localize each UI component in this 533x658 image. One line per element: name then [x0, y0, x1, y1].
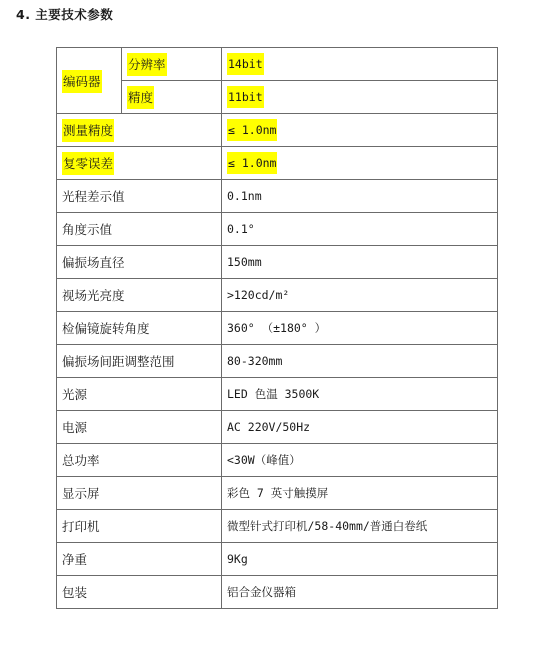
param-label-cell: 分辨率 [122, 48, 222, 81]
param-label: 偏振场间距调整范围 [57, 345, 222, 378]
table-row: 精度 11bit [57, 81, 498, 114]
param-value-cell: ≤ 1.0nm [222, 147, 498, 180]
param-label: 光程差示值 [57, 180, 222, 213]
param-label: 视场光亮度 [57, 279, 222, 312]
table-row: 视场光亮度>120cd/m² [57, 279, 498, 312]
table-row: 编码器 分辨率 14bit [57, 48, 498, 81]
param-value: 14bit [227, 53, 264, 75]
param-value: LED 色温 3500K [222, 378, 498, 411]
table-row: 测量精度 ≤ 1.0nm [57, 114, 498, 147]
param-label: 显示屏 [57, 477, 222, 510]
param-label: 净重 [57, 543, 222, 576]
param-value: 80-320mm [222, 345, 498, 378]
param-label: 偏振场直径 [57, 246, 222, 279]
table-row: 电源AC 220V/50Hz [57, 411, 498, 444]
param-value: 11bit [227, 86, 264, 108]
param-label: 光源 [57, 378, 222, 411]
table-row: 偏振场间距调整范围80-320mm [57, 345, 498, 378]
param-value: 彩色 7 英寸触摸屏 [222, 477, 498, 510]
table-row: 总功率<30W（峰值） [57, 444, 498, 477]
table-row: 打印机微型针式打印机/58-40mm/普通白卷纸 [57, 510, 498, 543]
param-value: 0.1nm [222, 180, 498, 213]
table-row: 光程差示值0.1nm [57, 180, 498, 213]
encoder-label: 编码器 [62, 70, 102, 93]
param-value: 铝合金仪器箱 [222, 576, 498, 609]
param-label: 角度示值 [57, 213, 222, 246]
param-label: 总功率 [57, 444, 222, 477]
param-value-cell: 11bit [222, 81, 498, 114]
param-value: 0.1° [222, 213, 498, 246]
param-label: 电源 [57, 411, 222, 444]
param-label-cell: 复零误差 [57, 147, 222, 180]
table-row: 角度示值0.1° [57, 213, 498, 246]
table-row: 净重9Kg [57, 543, 498, 576]
param-label: 包装 [57, 576, 222, 609]
param-value: <30W（峰值） [222, 444, 498, 477]
param-value: ≤ 1.0nm [227, 119, 277, 141]
table-row: 光源LED 色温 3500K [57, 378, 498, 411]
spec-table: 编码器 分辨率 14bit 精度 11bit 测量精度 ≤ 1.0nm 复零误差… [56, 47, 498, 609]
param-value: 微型针式打印机/58-40mm/普通白卷纸 [222, 510, 498, 543]
table-row: 检偏镜旋转角度360° （±180° ） [57, 312, 498, 345]
param-label: 精度 [127, 86, 154, 109]
table-row: 显示屏彩色 7 英寸触摸屏 [57, 477, 498, 510]
param-label: 检偏镜旋转角度 [57, 312, 222, 345]
param-value-cell: 14bit [222, 48, 498, 81]
table-row: 复零误差 ≤ 1.0nm [57, 147, 498, 180]
param-value: 150mm [222, 246, 498, 279]
param-label: 测量精度 [62, 119, 114, 142]
table-row: 包装铝合金仪器箱 [57, 576, 498, 609]
param-label-cell: 测量精度 [57, 114, 222, 147]
param-value: >120cd/m² [222, 279, 498, 312]
param-value: 360° （±180° ） [222, 312, 498, 345]
param-value: ≤ 1.0nm [227, 152, 277, 174]
param-label-cell: 精度 [122, 81, 222, 114]
param-label: 打印机 [57, 510, 222, 543]
param-value: AC 220V/50Hz [222, 411, 498, 444]
encoder-label-cell: 编码器 [57, 48, 122, 114]
param-value-cell: ≤ 1.0nm [222, 114, 498, 147]
param-label: 分辨率 [127, 53, 167, 76]
section-heading: 4. 主要技术参数 [16, 5, 113, 23]
param-label: 复零误差 [62, 152, 114, 175]
param-value: 9Kg [222, 543, 498, 576]
table-row: 偏振场直径150mm [57, 246, 498, 279]
